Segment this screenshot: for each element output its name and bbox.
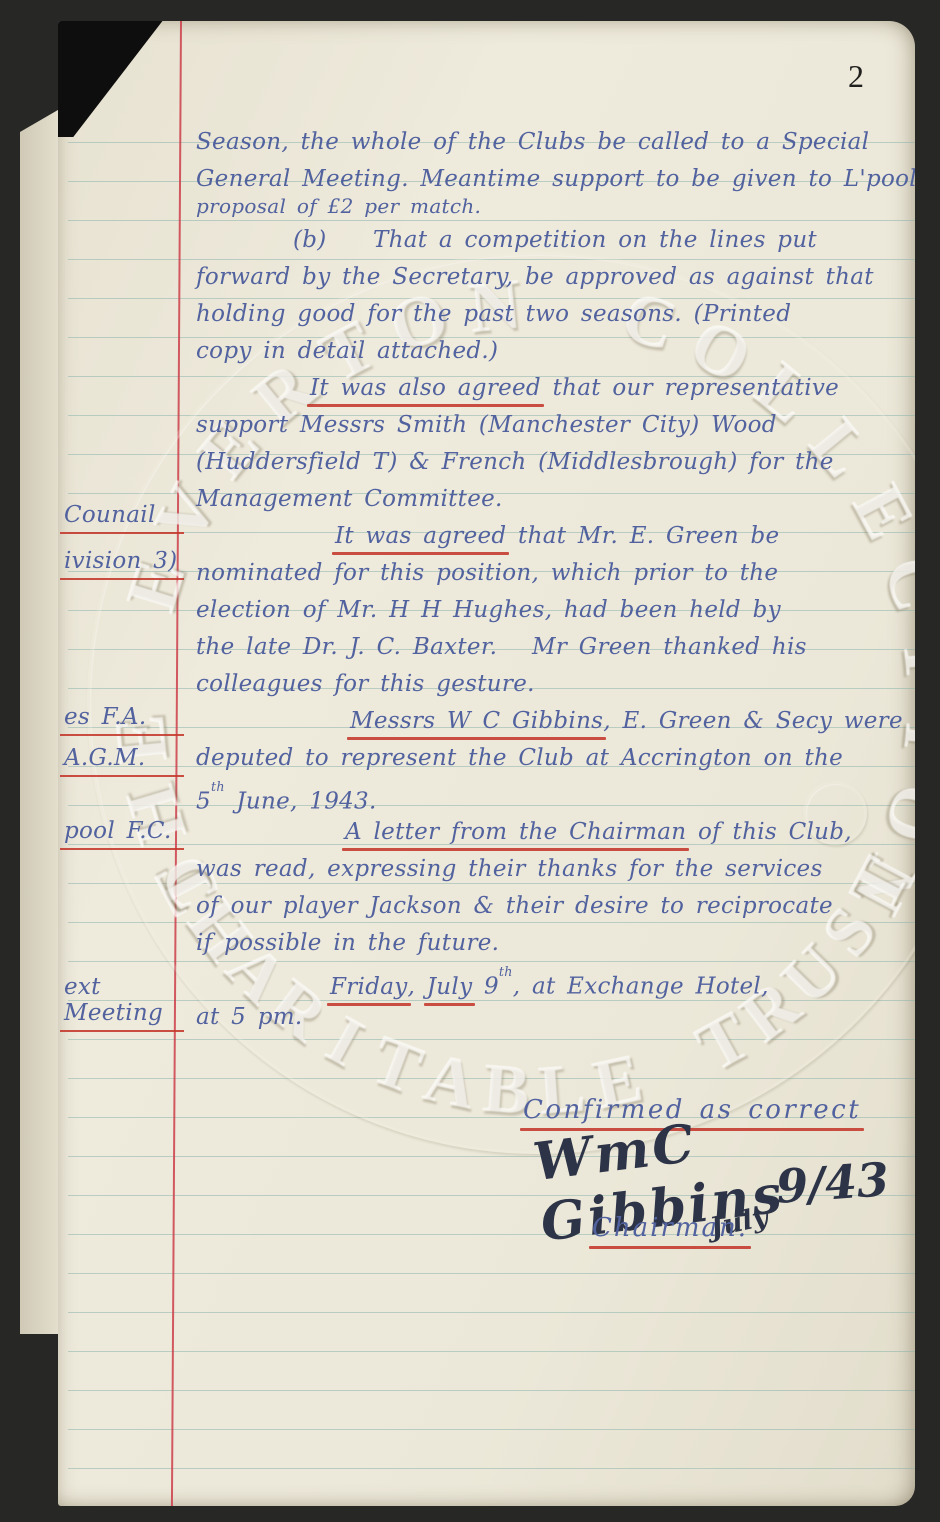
minute-book-paper: THEEVERTONCOLLECTIONCHARITABLETRUST 2 Co… bbox=[58, 21, 915, 1506]
scanned-minute-book-page: THEEVERTONCOLLECTIONCHARITABLETRUST 2 Co… bbox=[0, 0, 940, 1522]
closing-block: Confirmed as correct WmC Gibbins July9/4… bbox=[58, 21, 915, 1506]
signature-date-numbers: 9/43 bbox=[775, 1152, 891, 1214]
signature-date: July9/43 bbox=[710, 1156, 889, 1210]
chairman-label: Chairman. bbox=[592, 1213, 748, 1243]
